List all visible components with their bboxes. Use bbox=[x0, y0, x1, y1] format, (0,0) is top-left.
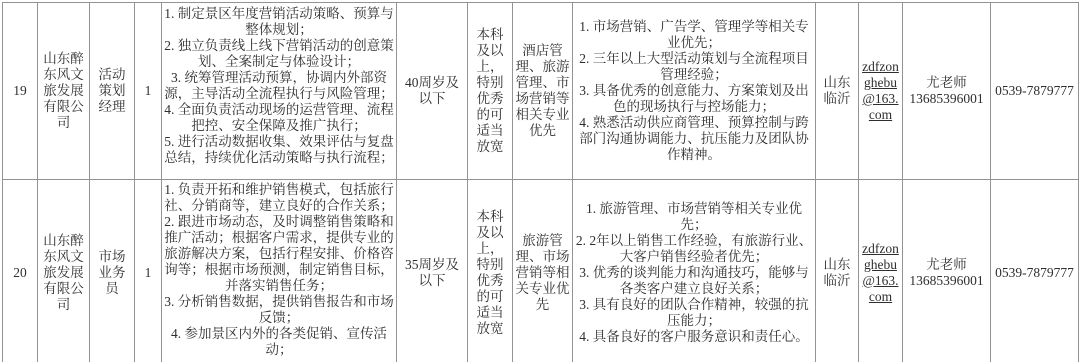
age-requirement: 40周岁及以下 bbox=[405, 75, 459, 106]
duties-list: 1. 负责开拓和维护销售模式，包括旅行社、分销商等，建立良好的合作关系；2. 跟… bbox=[164, 182, 394, 362]
position-title: 市场业务员 bbox=[99, 249, 126, 296]
list-item: 1. 负责开拓和维护销售模式，包括旅行社、分销商等，建立良好的合作关系； bbox=[164, 182, 394, 214]
requirements-cell: 1. 市场营销、广告学、管理学等相关专业优先；2. 三年以上大型活动策划与全流程… bbox=[573, 3, 816, 180]
row-number: 19 bbox=[13, 83, 27, 98]
list-item: 3. 分析销售数据，提供销售报告和市场反馈； bbox=[164, 294, 394, 326]
work-location: 山东临沂 bbox=[824, 75, 851, 106]
major-requirement: 旅游管理、市场营销等相关专业优先 bbox=[516, 233, 570, 312]
company-name: 山东醉东风文旅发展有限公司 bbox=[43, 233, 84, 312]
duties-list: 1. 制定景区年度营销活动策略、预算与整体规划；2. 独立负责线上线下营销活动的… bbox=[164, 6, 394, 177]
job-row-19: 19 山东醉东风文旅发展有限公司 活动策划经理 1 1. 制定景区年度营销活动策… bbox=[3, 3, 1079, 180]
company-cell: 山东醉东风文旅发展有限公司 bbox=[38, 180, 90, 362]
education-cell: 本科及以上，特别优秀的可适当放宽 bbox=[468, 3, 513, 180]
headcount-cell: 1 bbox=[135, 3, 162, 180]
requirements-list: 1. 市场营销、广告学、管理学等相关专业优先；2. 三年以上大型活动策划与全流程… bbox=[575, 19, 813, 163]
list-item: 1. 市场营销、广告学、管理学等相关专业优先； bbox=[575, 19, 813, 51]
phone-cell: 0539-7879777 bbox=[991, 3, 1079, 180]
education-requirement: 本科及以上，特别优秀的可适当放宽 bbox=[477, 27, 504, 154]
list-item: 2. 2年以上销售工作经验，有旅游行业、大客户销售经验者优先； bbox=[575, 233, 813, 265]
headcount: 1 bbox=[145, 265, 152, 280]
contact-cell: 尤老师 13685396001 bbox=[903, 180, 991, 362]
office-phone: 0539-7879777 bbox=[995, 83, 1074, 98]
location-cell: 山东临沂 bbox=[816, 3, 859, 180]
list-item: 2. 独立负责线上线下营销活动的创意策划、全案制定与体验设计； bbox=[164, 38, 394, 70]
position-cell: 活动策划经理 bbox=[90, 3, 135, 180]
contact-mobile: 13685396001 bbox=[905, 273, 988, 289]
company-name: 山东醉东风文旅发展有限公司 bbox=[43, 51, 84, 130]
list-item: 4. 参加景区内外的各类促销、宣传活动； bbox=[164, 326, 394, 358]
major-cell: 酒店管理、旅游管理、市场营销等相关专业优先 bbox=[513, 3, 573, 180]
row-number-cell: 20 bbox=[3, 180, 38, 362]
email-link[interactable]: zdfzonghebu@163.com bbox=[862, 241, 899, 304]
list-item: 5. 进行活动数据收集、效果评估与复盘总结，持续优化活动策略与执行流程； bbox=[164, 134, 394, 166]
headcount-cell: 1 bbox=[135, 180, 162, 362]
contact-name: 尤老师 bbox=[905, 257, 988, 273]
age-requirement-cell: 35周岁及以下 bbox=[397, 180, 468, 362]
major-requirement: 酒店管理、旅游管理、市场营销等相关专业优先 bbox=[516, 43, 570, 138]
requirements-cell: 1. 旅游管理、市场营销等相关专业优先；2. 2年以上销售工作经验，有旅游行业、… bbox=[573, 180, 816, 362]
contact-mobile: 13685396001 bbox=[905, 91, 988, 107]
list-item: 3. 统筹管理活动预算，协调内外部资源，主导活动全流程执行与风险管理； bbox=[164, 70, 394, 102]
duties-cell: 1. 负责开拓和维护销售模式，包括旅行社、分销商等，建立良好的合作关系；2. 跟… bbox=[162, 180, 397, 362]
education-cell: 本科及以上，特别优秀的可适当放宽 bbox=[468, 180, 513, 362]
email-link[interactable]: zdfzonghebu@163.com bbox=[862, 59, 899, 122]
list-item: 1. 旅游管理、市场营销等相关专业优先； bbox=[575, 201, 813, 233]
position-title: 活动策划经理 bbox=[99, 67, 126, 114]
row-number-cell: 19 bbox=[3, 3, 38, 180]
list-item: 2. 跟进市场动态，及时调整销售策略和推广活动；根据客户需求，提供专业的旅游解决… bbox=[164, 214, 394, 294]
education-requirement: 本科及以上，特别优秀的可适当放宽 bbox=[477, 209, 504, 336]
job-row-20: 20 山东醉东风文旅发展有限公司 市场业务员 1 1. 负责开拓和维护销售模式，… bbox=[3, 180, 1079, 362]
contact-name: 尤老师 bbox=[905, 75, 988, 91]
list-item: 4. 具备良好的客户服务意识和责任心。 bbox=[575, 329, 813, 345]
list-item: 1. 制定景区年度营销活动策略、预算与整体规划； bbox=[164, 6, 394, 38]
work-location: 山东临沂 bbox=[824, 257, 851, 288]
phone-cell: 0539-7879777 bbox=[991, 180, 1079, 362]
list-item: 3. 具备优秀的创意能力、方案策划及出色的现场执行与控场能力； bbox=[575, 83, 813, 115]
email-cell: zdfzonghebu@163.com bbox=[859, 3, 903, 180]
age-requirement: 35周岁及以下 bbox=[405, 257, 459, 288]
recruitment-table-page: 19 山东醉东风文旅发展有限公司 活动策划经理 1 1. 制定景区年度营销活动策… bbox=[0, 0, 1080, 362]
duties-cell: 1. 制定景区年度营销活动策略、预算与整体规划；2. 独立负责线上线下营销活动的… bbox=[162, 3, 397, 180]
job-listings-table: 19 山东醉东风文旅发展有限公司 活动策划经理 1 1. 制定景区年度营销活动策… bbox=[2, 2, 1079, 362]
major-cell: 旅游管理、市场营销等相关专业优先 bbox=[513, 180, 573, 362]
company-cell: 山东醉东风文旅发展有限公司 bbox=[38, 3, 90, 180]
age-requirement-cell: 40周岁及以下 bbox=[397, 3, 468, 180]
contact-cell: 尤老师 13685396001 bbox=[903, 3, 991, 180]
list-item: 2. 三年以上大型活动策划与全流程项目管理经验； bbox=[575, 51, 813, 83]
requirements-list: 1. 旅游管理、市场营销等相关专业优先；2. 2年以上销售工作经验，有旅游行业、… bbox=[575, 201, 813, 345]
office-phone: 0539-7879777 bbox=[995, 265, 1074, 280]
row-number: 20 bbox=[13, 265, 27, 280]
email-cell: zdfzonghebu@163.com bbox=[859, 180, 903, 362]
position-cell: 市场业务员 bbox=[90, 180, 135, 362]
list-item: 4. 熟悉活动供应商管理、预算控制与跨部门沟通协调能力、抗压能力及团队协作精神。 bbox=[575, 115, 813, 163]
list-item: 4. 全面负责活动现场的运营管理、流程把控、安全保障及推广执行； bbox=[164, 102, 394, 134]
list-item: 3. 具有良好的团队合作精神，较强的抗压能力； bbox=[575, 297, 813, 329]
location-cell: 山东临沂 bbox=[816, 180, 859, 362]
headcount: 1 bbox=[145, 83, 152, 98]
list-item: 3. 优秀的谈判能力和沟通技巧，能够与各类客户建立良好关系； bbox=[575, 265, 813, 297]
